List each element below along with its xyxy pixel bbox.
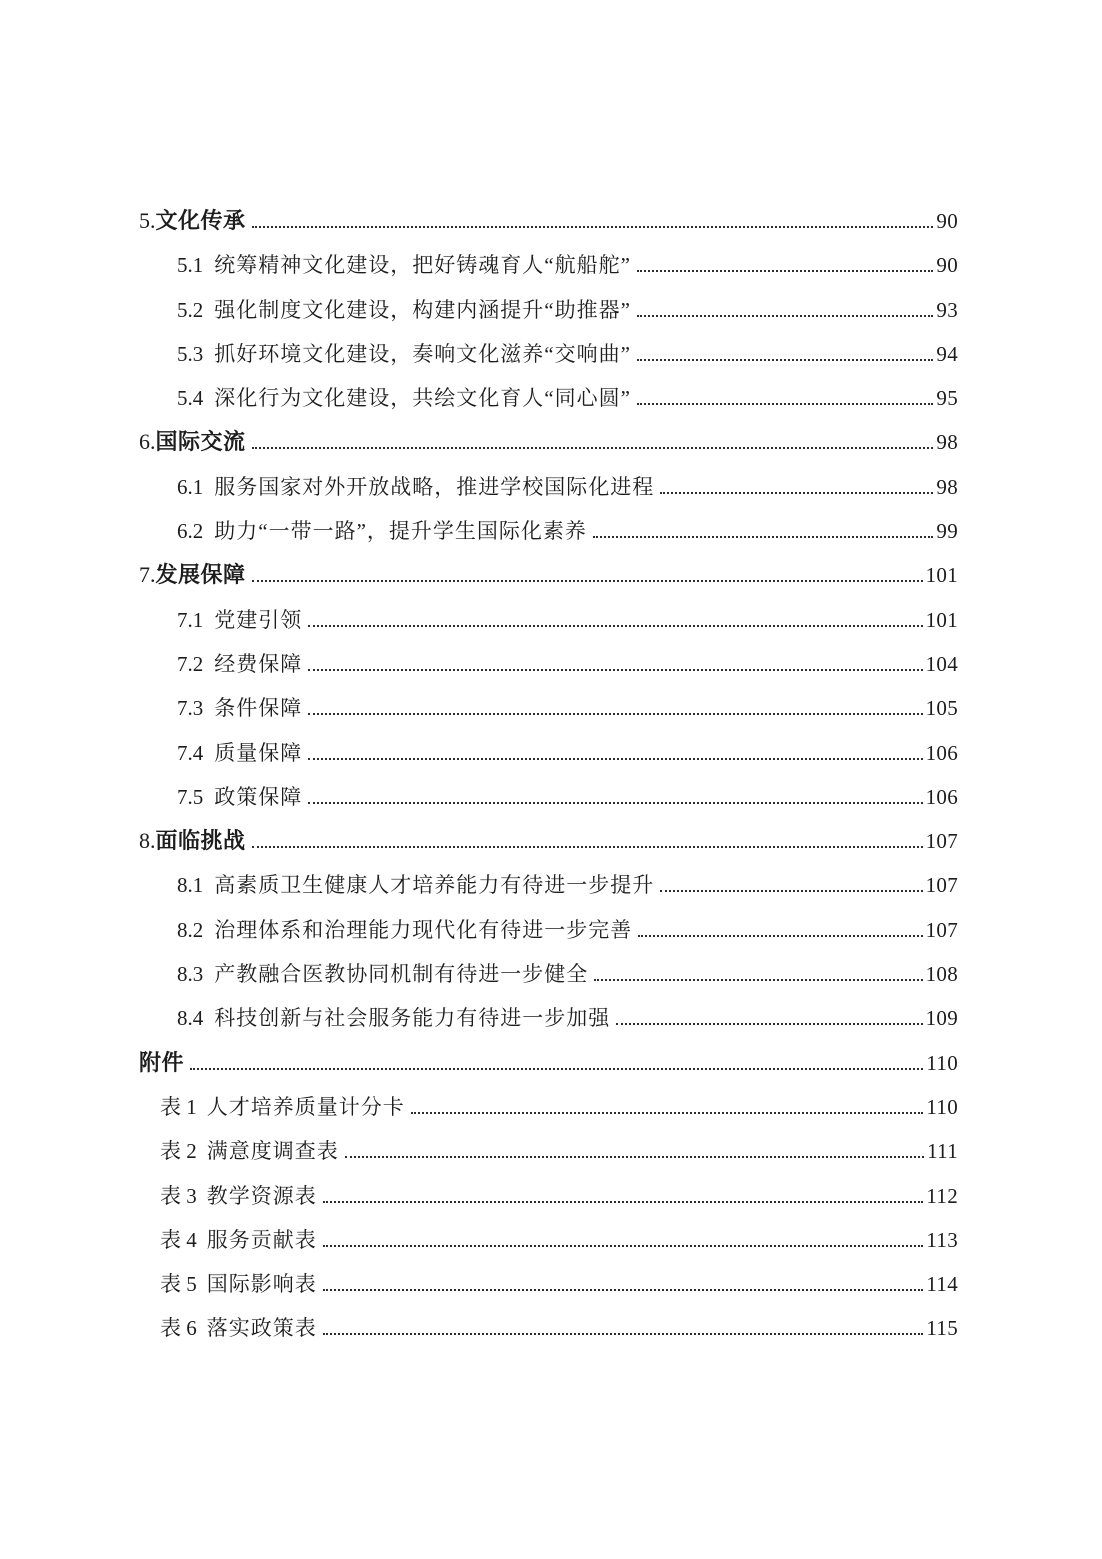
toc-entry-page: 94 [936, 332, 958, 376]
toc-entry-number: 表 3 [160, 1174, 197, 1218]
toc-entry-number: 5.1 [177, 243, 203, 287]
toc-entry-page: 101 [926, 598, 958, 642]
toc-entry-number: 5.2 [177, 288, 203, 332]
toc-entry-8-1[interactable]: 8.1 高素质卫生健康人才培养能力有待进一步提升 107 [139, 863, 958, 907]
toc-entry-page: 104 [926, 642, 958, 686]
toc-entry-number: 7.4 [177, 731, 203, 775]
toc-entry-title: 党建引领 [214, 598, 302, 642]
toc-entry-number: 5.3 [177, 332, 203, 376]
dot-leader [660, 492, 933, 494]
dot-leader [593, 536, 934, 538]
dot-leader [323, 1333, 924, 1335]
toc-entry-page: 110 [926, 1041, 958, 1085]
toc-entry-section-5[interactable]: 5. 文化传承 90 [139, 199, 958, 243]
toc-entry-title: 面临挑战 [156, 819, 246, 863]
dot-leader [594, 979, 922, 981]
toc-entry-7-2[interactable]: 7.2 经费保障 104 [139, 642, 958, 686]
toc-entry-number: 表 4 [160, 1218, 197, 1262]
toc-entry-page: 107 [926, 863, 958, 907]
toc-entry-number: 5.4 [177, 376, 203, 420]
dot-leader [323, 1201, 924, 1203]
toc-entry-5-2[interactable]: 5.2 强化制度文化建设，构建内涵提升“助推器” 93 [139, 288, 958, 332]
toc-entry-5-3[interactable]: 5.3 抓好环境文化建设，奏响文化滋养“交响曲” 94 [139, 332, 958, 376]
toc-entry-page: 93 [936, 288, 958, 332]
toc-entry-number: 7.2 [177, 642, 203, 686]
toc-entry-7-3[interactable]: 7.3 条件保障 105 [139, 686, 958, 730]
toc-entry-title: 经费保障 [214, 642, 302, 686]
toc-entry-page: 90 [936, 243, 958, 287]
toc-entry-6-1[interactable]: 6.1 服务国家对外开放战略，推进学校国际化进程 98 [139, 465, 958, 509]
toc-entry-title: 文化传承 [156, 199, 246, 243]
toc-entry-title: 国际交流 [156, 420, 246, 464]
toc-entry-title: 抓好环境文化建设，奏响文化滋养“交响曲” [214, 332, 631, 376]
toc-entry-title: 条件保障 [214, 686, 302, 730]
dot-leader [308, 758, 922, 760]
dot-leader [308, 669, 922, 671]
toc-entry-table-4[interactable]: 表 4 服务贡献表 113 [139, 1218, 958, 1262]
toc-entry-number: 8.1 [177, 863, 203, 907]
toc-entry-page: 95 [936, 376, 958, 420]
toc-entry-page: 114 [926, 1262, 958, 1306]
toc-entry-table-3[interactable]: 表 3 教学资源表 112 [139, 1174, 958, 1218]
dot-leader [323, 1289, 924, 1291]
toc-entry-5-1[interactable]: 5.1 统筹精神文化建设，把好铸魂育人“航船舵” 90 [139, 243, 958, 287]
toc-entry-number: 8. [139, 819, 156, 863]
toc-entry-8-2[interactable]: 8.2 治理体系和治理能力现代化有待进一步完善 107 [139, 908, 958, 952]
toc-entry-number: 8.2 [177, 908, 203, 952]
toc-entry-number: 表 5 [160, 1262, 197, 1306]
toc-entry-page: 101 [926, 553, 958, 597]
toc-entry-title: 统筹精神文化建设，把好铸魂育人“航船舵” [214, 243, 631, 287]
dot-leader [252, 447, 934, 449]
toc-entry-7-1[interactable]: 7.1 党建引领 101 [139, 598, 958, 642]
toc-entry-section-6[interactable]: 6. 国际交流 98 [139, 420, 958, 464]
toc-entry-number: 7.1 [177, 598, 203, 642]
dot-leader [345, 1156, 924, 1158]
toc-entry-title: 科技创新与社会服务能力有待进一步加强 [214, 996, 610, 1040]
dot-leader [637, 403, 934, 405]
toc-entry-number: 表 2 [160, 1129, 197, 1173]
toc-entry-page: 99 [936, 509, 958, 553]
toc-entry-number: 表 1 [160, 1085, 197, 1129]
toc-entry-title: 产教融合医教协同机制有待进一步健全 [214, 952, 588, 996]
dot-leader [638, 935, 922, 937]
toc-entry-number: 7.5 [177, 775, 203, 819]
toc-entry-title: 高素质卫生健康人才培养能力有待进一步提升 [214, 863, 654, 907]
toc-entry-8-4[interactable]: 8.4 科技创新与社会服务能力有待进一步加强 109 [139, 996, 958, 1040]
toc-entry-title: 教学资源表 [207, 1174, 317, 1218]
dot-leader [616, 1023, 922, 1025]
dot-leader [323, 1245, 924, 1247]
dot-leader [308, 713, 922, 715]
toc-entry-page: 105 [926, 686, 958, 730]
toc-entry-title: 服务贡献表 [207, 1218, 317, 1262]
toc-entry-page: 98 [936, 420, 958, 464]
dot-leader [637, 315, 934, 317]
toc-entry-page: 113 [926, 1218, 958, 1262]
toc-entry-page: 109 [926, 996, 958, 1040]
toc-entry-title: 助力“一带一路”，提升学生国际化素养 [214, 509, 587, 553]
dot-leader [637, 359, 934, 361]
toc-entry-page: 106 [926, 775, 958, 819]
toc-entry-number: 6. [139, 420, 156, 464]
toc-entry-title: 强化制度文化建设，构建内涵提升“助推器” [214, 288, 631, 332]
toc-entry-table-2[interactable]: 表 2 满意度调查表 111 [139, 1129, 958, 1173]
dot-leader [252, 846, 923, 848]
toc-entry-number: 8.3 [177, 952, 203, 996]
toc-entry-title: 落实政策表 [207, 1306, 317, 1350]
toc-entry-7-4[interactable]: 7.4 质量保障 106 [139, 731, 958, 775]
toc-entry-number: 6.1 [177, 465, 203, 509]
toc-entry-table-6[interactable]: 表 6 落实政策表 115 [139, 1306, 958, 1350]
toc-entry-title: 治理体系和治理能力现代化有待进一步完善 [214, 908, 632, 952]
toc-entry-number: 7. [139, 553, 156, 597]
toc-entry-number: 6.2 [177, 509, 203, 553]
toc-entry-section-8[interactable]: 8. 面临挑战 107 [139, 819, 958, 863]
toc-entry-page: 107 [926, 819, 958, 863]
toc-entry-title: 附件 [139, 1041, 184, 1085]
dot-leader [252, 226, 934, 228]
toc-entry-title: 人才培养质量计分卡 [207, 1085, 405, 1129]
toc-entry-title: 国际影响表 [207, 1262, 317, 1306]
toc-entry-title: 服务国家对外开放战略，推进学校国际化进程 [214, 465, 654, 509]
table-of-contents: 5. 文化传承 90 5.1 统筹精神文化建设，把好铸魂育人“航船舵” 90 5… [139, 199, 958, 1351]
toc-entry-number: 表 6 [160, 1306, 197, 1350]
toc-entry-title: 质量保障 [214, 731, 302, 775]
toc-entry-page: 111 [927, 1129, 958, 1173]
toc-entry-table-1[interactable]: 表 1 人才培养质量计分卡 110 [139, 1085, 958, 1129]
toc-entry-7-5[interactable]: 7.5 政策保障 106 [139, 775, 958, 819]
toc-entry-page: 98 [936, 465, 958, 509]
toc-entry-section-7[interactable]: 7. 发展保障 101 [139, 553, 958, 597]
dot-leader [637, 270, 934, 272]
toc-entry-page: 115 [926, 1306, 958, 1350]
dot-leader [308, 625, 922, 627]
toc-entry-number: 8.4 [177, 996, 203, 1040]
toc-entry-number: 5. [139, 199, 156, 243]
toc-entry-title: 发展保障 [156, 553, 246, 597]
toc-entry-title: 政策保障 [214, 775, 302, 819]
dot-leader [411, 1112, 924, 1114]
toc-entry-5-4[interactable]: 5.4 深化行为文化建设，共绘文化育人“同心圆” 95 [139, 376, 958, 420]
toc-entry-page: 106 [926, 731, 958, 775]
toc-entry-table-5[interactable]: 表 5 国际影响表 114 [139, 1262, 958, 1306]
toc-entry-page: 112 [926, 1174, 958, 1218]
toc-entry-number: 7.3 [177, 686, 203, 730]
toc-entry-8-3[interactable]: 8.3 产教融合医教协同机制有待进一步健全 108 [139, 952, 958, 996]
dot-leader [660, 890, 922, 892]
toc-entry-page: 108 [926, 952, 958, 996]
toc-entry-6-2[interactable]: 6.2 助力“一带一路”，提升学生国际化素养 99 [139, 509, 958, 553]
toc-entry-page: 110 [926, 1085, 958, 1129]
dot-leader [252, 580, 923, 582]
toc-entry-page: 90 [936, 199, 958, 243]
toc-entry-page: 107 [926, 908, 958, 952]
document-page: 5. 文化传承 90 5.1 统筹精神文化建设，把好铸魂育人“航船舵” 90 5… [0, 0, 1102, 1559]
dot-leader [190, 1068, 923, 1070]
toc-entry-appendix[interactable]: 附件 110 [139, 1041, 958, 1085]
toc-entry-title: 满意度调查表 [207, 1129, 339, 1173]
toc-entry-title: 深化行为文化建设，共绘文化育人“同心圆” [214, 376, 631, 420]
dot-leader [308, 802, 922, 804]
